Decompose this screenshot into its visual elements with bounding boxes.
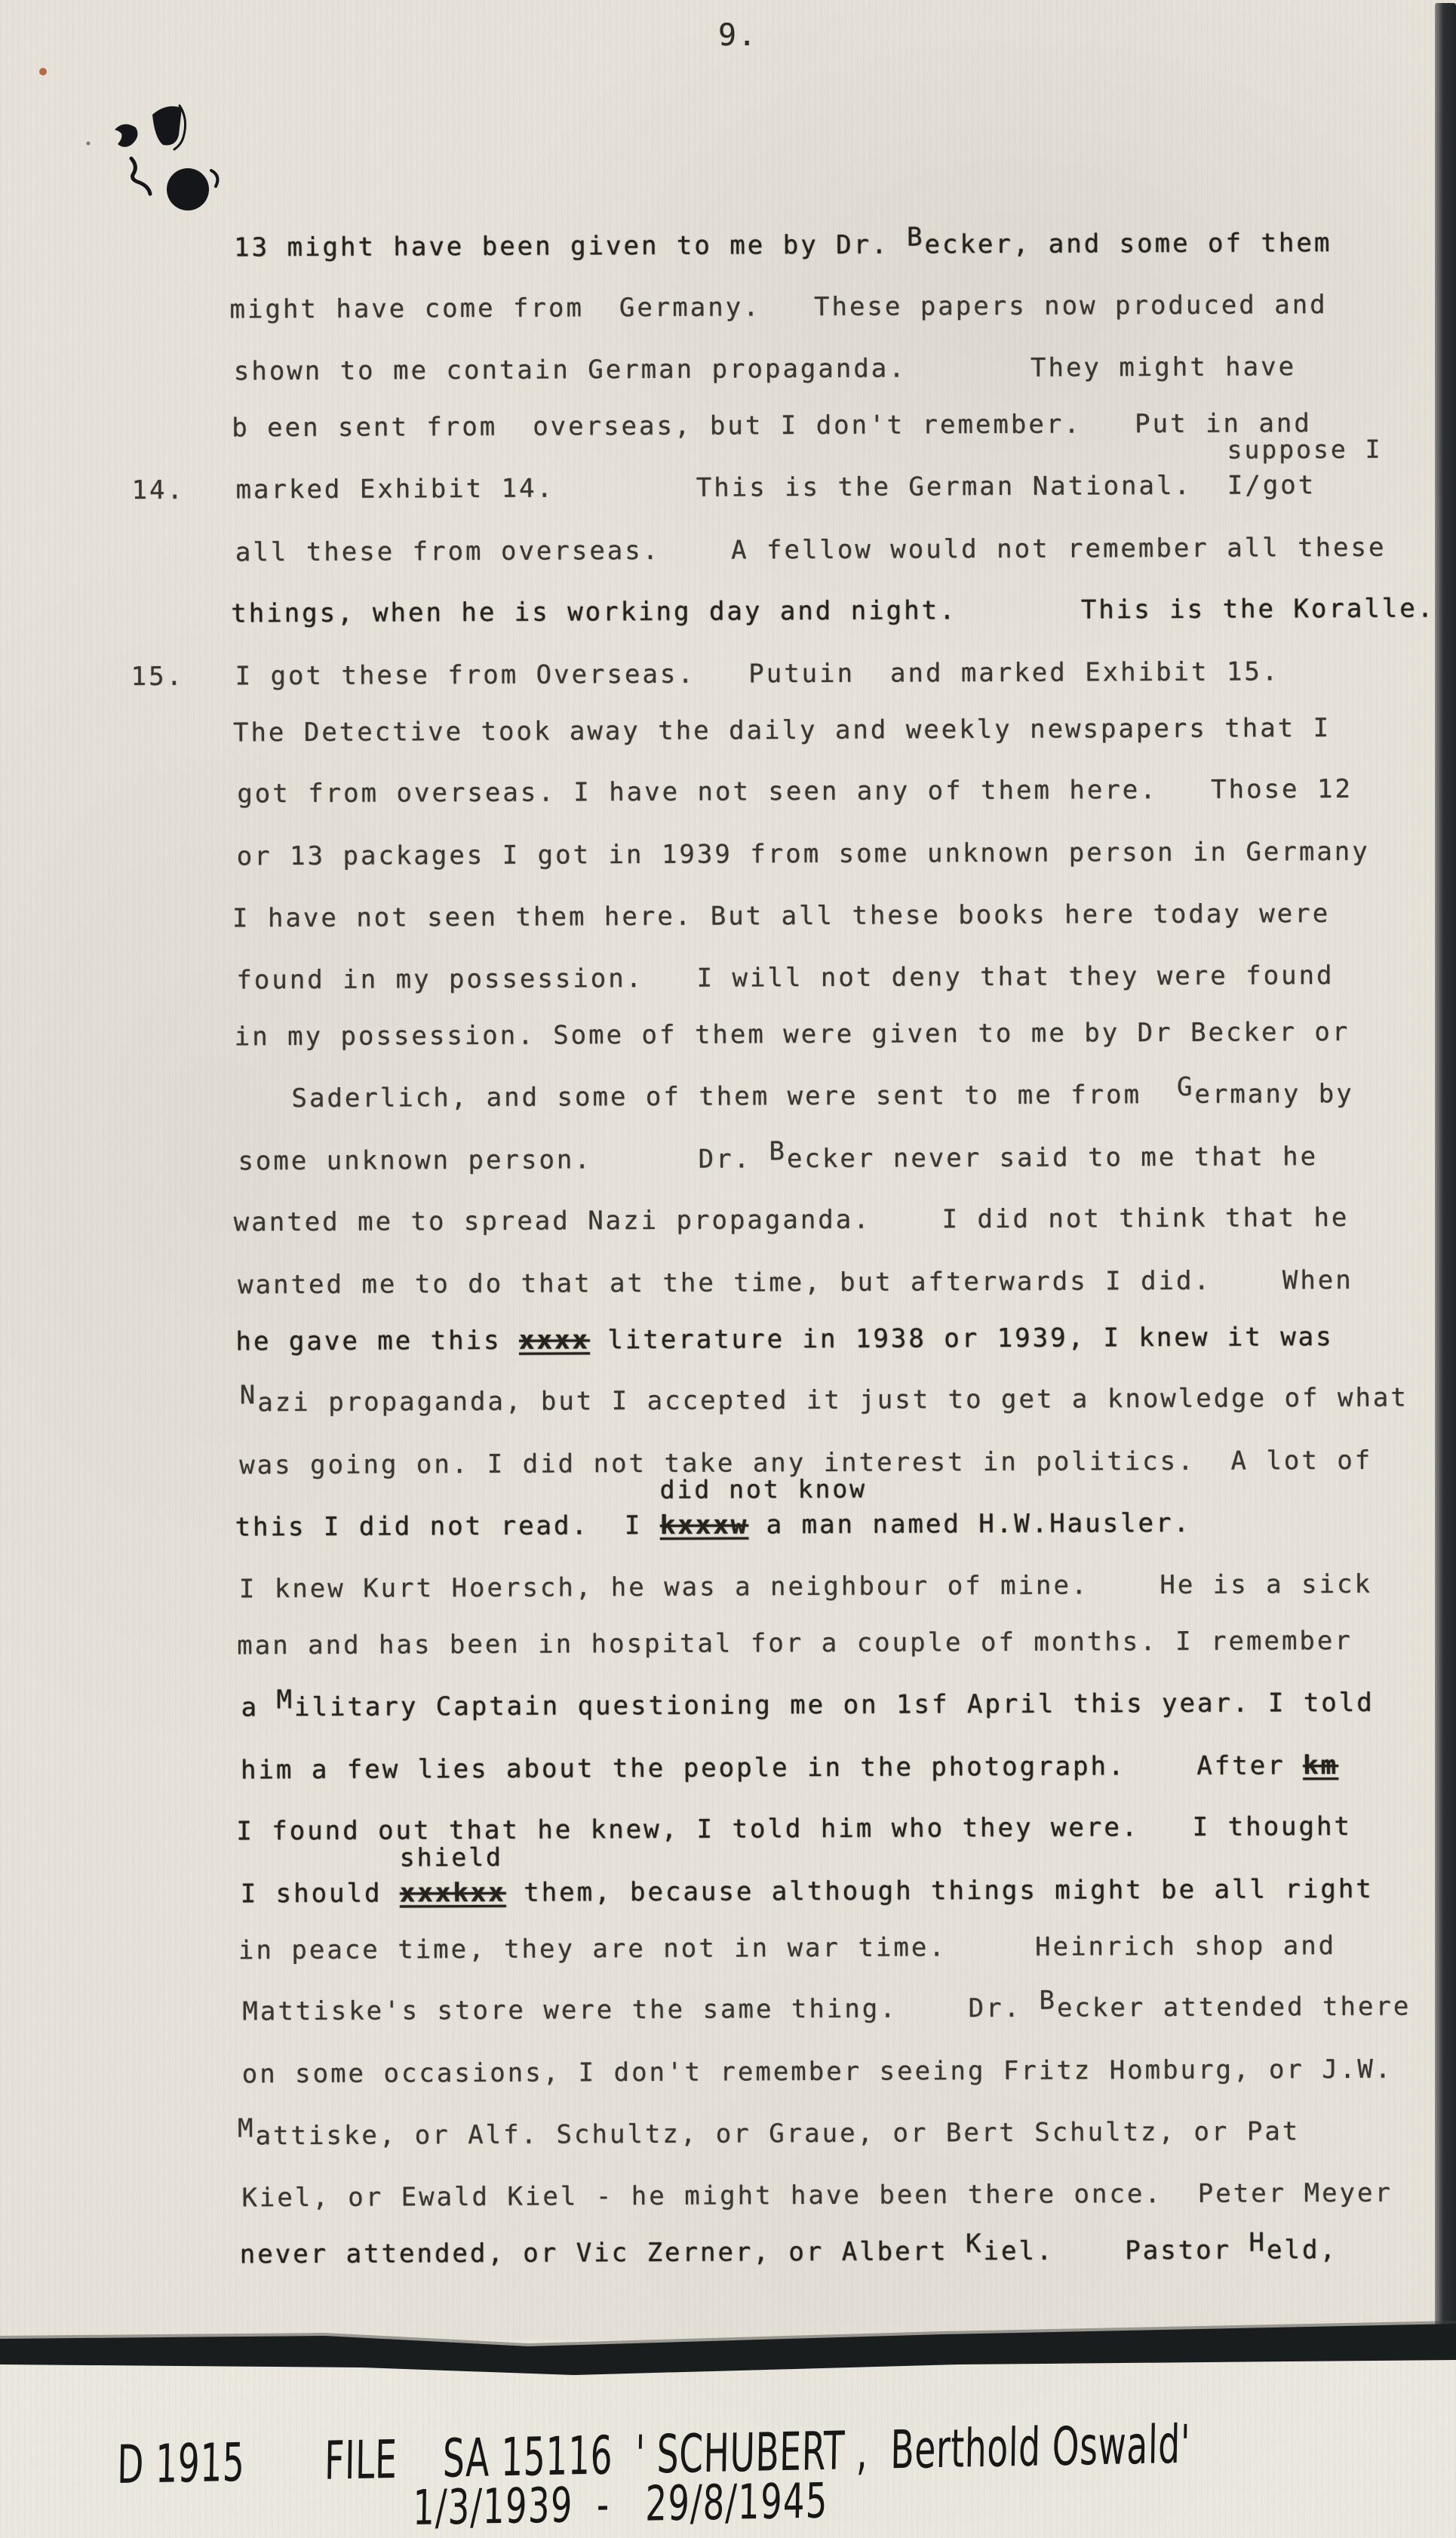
- raised-letter: B: [907, 222, 925, 252]
- typed-line: 14.marked Exhibit 14. This is the German…: [235, 468, 1316, 507]
- typed-line: The Detective took away the daily and we…: [233, 711, 1331, 750]
- raised-letter: M: [238, 2113, 256, 2143]
- typed-line: Kiel, or Ewald Kiel - he might have been…: [241, 2176, 1393, 2216]
- typed-line: 13 might have been given to me by Dr. Be…: [234, 226, 1332, 265]
- typed-line: a Military Captain questioning me on 1sf…: [241, 1685, 1374, 1725]
- raised-letter: N: [240, 1381, 258, 1411]
- scan-edge-right: [1435, 3, 1456, 2331]
- typed-line: all these from overseas. A fellow would …: [235, 530, 1387, 570]
- typed-line: Nazi propaganda, but I accepted it just …: [240, 1381, 1408, 1421]
- typed-line: 15.I got these from Overseas. Putuin and…: [235, 654, 1280, 693]
- typed-line: I should shieldxxxkxx them, because alth…: [241, 1872, 1374, 1912]
- typed-line: wanted me to spread Nazi propaganda. I d…: [234, 1200, 1350, 1240]
- typed-line: might have come from Germany. These pape…: [229, 287, 1327, 327]
- typed-line: things, when he is working day and night…: [231, 591, 1435, 631]
- typed-line: man and has been in hospital for a coupl…: [237, 1624, 1353, 1663]
- scanned-page: 9. 13 might have been given to me by Dr.…: [0, 0, 1456, 2538]
- margin-exhibit-number: 15.: [131, 659, 185, 694]
- handwritten-date-range: 1/3/1939 - 29/8/1945: [413, 2473, 829, 2536]
- raised-letter: B: [1039, 1986, 1057, 2016]
- typed-line: wanted me to do that at the time, but af…: [238, 1263, 1353, 1302]
- raised-letter: K: [966, 2229, 984, 2259]
- typed-line: shown to me contain German propaganda. T…: [234, 350, 1296, 389]
- typed-line: never attended, or Vic Zerner, or Albert…: [240, 2232, 1338, 2272]
- typed-line: or 13 packages I got in 1939 from some u…: [237, 834, 1370, 874]
- struck-out-text: kxxxw: [660, 1510, 749, 1541]
- typed-line: Mattiske, or Alf. Schultz, or Graue, or …: [238, 2114, 1300, 2153]
- typed-line: him a few lies about the people in the p…: [241, 1747, 1338, 1787]
- struck-out-text: km: [1303, 1750, 1338, 1780]
- margin-exhibit-number: 14.: [131, 472, 185, 507]
- typed-line: on some occasions, I don't remember seei…: [242, 2052, 1393, 2092]
- raised-letter: G: [1177, 1072, 1195, 1102]
- struck-out-text: xxxkxx: [400, 1878, 506, 1909]
- raised-letter: B: [769, 1136, 787, 1166]
- typed-line: I have not seen them here. But all these…: [232, 896, 1330, 936]
- typed-line: in peace time, they are not in war time.…: [238, 1928, 1336, 1968]
- typed-line: this I did not read. I did not knowkxxxw…: [235, 1506, 1191, 1545]
- typed-line: Saderlich, and some of them were sent to…: [238, 1077, 1354, 1116]
- typed-line: some unknown person. Dr. Becker never sa…: [238, 1139, 1318, 1178]
- typed-line: in my possession. Some of them were give…: [235, 1015, 1350, 1054]
- struck-out-text: xxxx: [519, 1325, 590, 1355]
- typed-line: Mattiske's store were the same thing. Dr…: [242, 1990, 1411, 2029]
- typed-line: b een sent from overseas, but I don't re…: [232, 406, 1312, 445]
- raised-letter: M: [276, 1685, 294, 1715]
- typed-line: he gave me this xxxx literature in 1938 …: [235, 1320, 1333, 1359]
- typed-line: got from overseas. I have not seen any o…: [237, 772, 1353, 811]
- typed-text-block: 13 might have been given to me by Dr. Be…: [0, 0, 1456, 2538]
- typed-line: I knew Kurt Hoersch, he was a neighbour …: [239, 1567, 1372, 1607]
- typed-line: found in my possession. I will not deny …: [236, 958, 1334, 997]
- raised-letter: H: [1249, 2227, 1267, 2257]
